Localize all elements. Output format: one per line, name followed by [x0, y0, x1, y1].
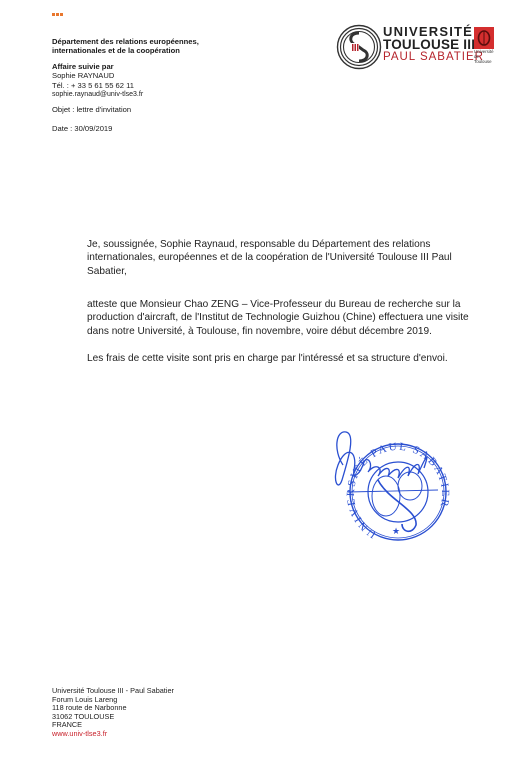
- signature-stamp: UNIVERSITÉ PAUL SABATIER ★: [318, 420, 458, 550]
- contact-block: Affaire suivie par Sophie RAYNAUD Tél. :…: [52, 62, 143, 100]
- partner-label: Université de Toulouse: [474, 50, 496, 64]
- body-paragraph-1: Je, soussignée, Sophie Raynaud, responsa…: [87, 238, 487, 278]
- ut3-emblem-icon: [336, 24, 382, 70]
- body-paragraph-2: atteste que Monsieur Chao ZENG – Vice-Pr…: [87, 298, 487, 338]
- footer-website-link[interactable]: www.univ-tlse3.fr: [52, 730, 174, 739]
- date-line: Date : 30/09/2019: [52, 124, 112, 133]
- logo-line-3: PAUL SABATIER: [383, 51, 484, 64]
- body-paragraph-3: Les frais de cette visite sont pris en c…: [87, 352, 487, 365]
- contact-name: Sophie RAYNAUD: [52, 71, 143, 80]
- department-line-2: internationales et de la coopération: [52, 46, 199, 55]
- logo-line-2: TOULOUSE III: [383, 39, 484, 52]
- university-seal-icon: UNIVERSITÉ PAUL SABATIER ★: [318, 420, 458, 550]
- university-logo: UNIVERSITÉ TOULOUSE III PAUL SABATIER Un…: [336, 24, 511, 70]
- partner-emblem-icon: [474, 27, 494, 49]
- followed-by-label: Affaire suivie par: [52, 62, 143, 71]
- department-heading: Département des relations européennes, i…: [52, 37, 199, 56]
- department-line-1: Département des relations européennes,: [52, 37, 199, 46]
- footer-address: Université Toulouse III - Paul Sabatier …: [52, 687, 174, 739]
- subject-line: Objet : lettre d'invitation: [52, 105, 131, 114]
- contact-phone: Tél. : + 33 5 61 55 62 11: [52, 81, 143, 90]
- svg-text:★: ★: [392, 526, 400, 536]
- partner-line-2: de Toulouse: [474, 55, 496, 65]
- contact-email[interactable]: sophie.raynaud@univ-tlse3.fr: [52, 90, 143, 99]
- logo-wordmark: UNIVERSITÉ TOULOUSE III PAUL SABATIER: [383, 26, 484, 64]
- brand-dots-icon: [52, 13, 63, 16]
- partner-logo: Université de Toulouse: [474, 27, 496, 64]
